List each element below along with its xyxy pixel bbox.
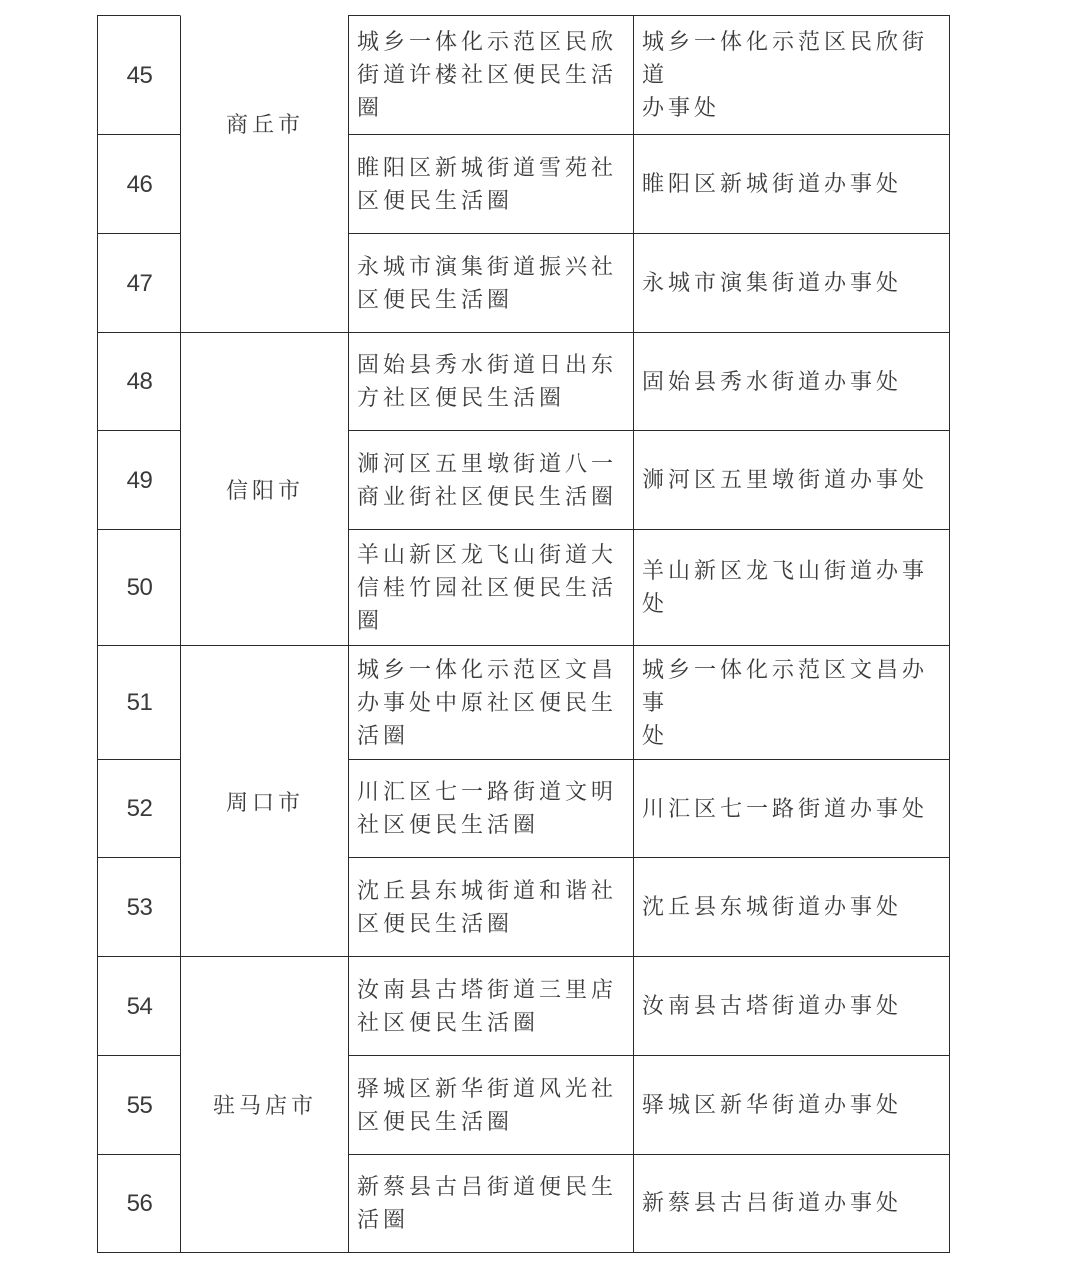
- cell-line: 睢阳区新城街道雪苑社: [357, 152, 617, 185]
- cell-line: 区便民生活圈: [357, 908, 617, 941]
- cell-line: 圈: [357, 92, 617, 125]
- cell-line: 新蔡县古吕街道办事处: [642, 1187, 902, 1220]
- cell-line: 处: [642, 720, 943, 753]
- cell-line: 浉河区五里墩街道办事处: [642, 464, 928, 497]
- row-number-cell: 54: [97, 956, 182, 1057]
- row-number-cell: 49: [97, 430, 182, 531]
- cell-line: 沈丘县东城街道办事处: [642, 891, 902, 924]
- row-number-cell: 52: [97, 759, 182, 859]
- cell-line: 驿城区新华街道风光社: [357, 1073, 617, 1106]
- street-office-cell: 羊山新区龙飞山街道办事处: [633, 529, 950, 647]
- cell-line: 办事处中原社区便民生: [357, 687, 617, 720]
- cell-line: 社区便民生活圈: [357, 1007, 617, 1040]
- cell-line: 街道许楼社区便民生活: [357, 59, 617, 92]
- cell-line: 城乡一体化示范区文昌: [357, 654, 617, 687]
- street-office-cell: 川汇区七一路街道办事处: [633, 759, 950, 859]
- street-office-cell: 城乡一体化示范区文昌办事处: [633, 645, 950, 761]
- cell-line: 商业街社区便民生活圈: [357, 481, 617, 514]
- cell-line: 方社区便民生活圈: [357, 382, 617, 415]
- cell-line: 信桂竹园社区便民生活: [357, 572, 617, 605]
- city-cell: 周口市: [180, 645, 350, 958]
- cell-line: 区便民生活圈: [357, 284, 617, 317]
- community-service-circle-table: 45 46 47 商丘市 城乡一体化示范区民欣街道许楼社区便民生活圈 城乡一体化…: [97, 15, 950, 1253]
- cell-line: 浉河区五里墩街道八一: [357, 448, 617, 481]
- cell-line: 新蔡县古吕街道便民生: [357, 1171, 617, 1204]
- city-cell: 信阳市: [180, 332, 350, 647]
- service-circle-cell: 永城市演集街道振兴社区便民生活圈: [348, 233, 635, 334]
- cell-line: 活圈: [357, 1204, 617, 1237]
- cell-line: 圈: [357, 605, 617, 638]
- cell-line: 羊山新区龙飞山街道大: [357, 539, 617, 572]
- row-number-cell: 45: [97, 15, 182, 136]
- cell-line: 固始县秀水街道办事处: [642, 366, 902, 399]
- row-number-cell: 55: [97, 1055, 182, 1156]
- street-office-cell: 固始县秀水街道办事处: [633, 332, 950, 432]
- service-circle-cell: 驿城区新华街道风光社区便民生活圈: [348, 1055, 635, 1156]
- street-office-cell: 永城市演集街道办事处: [633, 233, 950, 334]
- street-office-cell: 城乡一体化示范区民欣街道办事处: [633, 15, 950, 136]
- service-circle-cell: 沈丘县东城街道和谐社区便民生活圈: [348, 857, 635, 958]
- row-number-cell: 53: [97, 857, 182, 958]
- cell-line: 城乡一体化示范区民欣: [357, 26, 617, 59]
- cell-line: 区便民生活圈: [357, 1106, 617, 1139]
- cell-line: 城乡一体化示范区文昌办事: [642, 654, 943, 720]
- cell-line: 沈丘县东城街道和谐社: [357, 875, 617, 908]
- street-office-cell: 汝南县古塔街道办事处: [633, 956, 950, 1057]
- cell-line: 社区便民生活圈: [357, 809, 617, 842]
- cell-line: 汝南县古塔街道办事处: [642, 990, 902, 1023]
- city-cell: 驻马店市: [180, 956, 350, 1253]
- street-office-cell: 浉河区五里墩街道办事处: [633, 430, 950, 531]
- service-circle-cell: 城乡一体化示范区民欣街道许楼社区便民生活圈: [348, 15, 635, 136]
- service-circle-cell: 固始县秀水街道日出东方社区便民生活圈: [348, 332, 635, 432]
- service-circle-cell: 城乡一体化示范区文昌办事处中原社区便民生活圈: [348, 645, 635, 761]
- cell-line: 永城市演集街道办事处: [642, 267, 902, 300]
- cell-line: 汝南县古塔街道三里店: [357, 974, 617, 1007]
- row-number-cell: 56: [97, 1154, 182, 1253]
- cell-line: 羊山新区龙飞山街道办事处: [642, 555, 943, 621]
- row-number-cell: 51: [97, 645, 182, 761]
- row-number-cell: 50: [97, 529, 182, 647]
- cell-line: 永城市演集街道振兴社: [357, 251, 617, 284]
- cell-line: 城乡一体化示范区民欣街道: [642, 26, 943, 92]
- cell-line: 办事处: [642, 92, 943, 125]
- service-circle-cell: 川汇区七一路街道文明社区便民生活圈: [348, 759, 635, 859]
- cell-line: 川汇区七一路街道文明: [357, 776, 617, 809]
- row-number-cell: 47: [97, 233, 182, 334]
- street-office-cell: 沈丘县东城街道办事处: [633, 857, 950, 958]
- service-circle-cell: 新蔡县古吕街道便民生活圈: [348, 1154, 635, 1253]
- city-cell: 商丘市: [180, 15, 350, 334]
- cell-line: 区便民生活圈: [357, 185, 617, 218]
- cell-line: 驿城区新华街道办事处: [642, 1089, 902, 1122]
- street-office-cell: 睢阳区新城街道办事处: [633, 134, 950, 235]
- row-number-cell: 48: [97, 332, 182, 432]
- service-circle-cell: 羊山新区龙飞山街道大信桂竹园社区便民生活圈: [348, 529, 635, 647]
- street-office-cell: 驿城区新华街道办事处: [633, 1055, 950, 1156]
- row-number-cell: 46: [97, 134, 182, 235]
- service-circle-cell: 浉河区五里墩街道八一商业街社区便民生活圈: [348, 430, 635, 531]
- cell-line: 固始县秀水街道日出东: [357, 349, 617, 382]
- service-circle-cell: 睢阳区新城街道雪苑社区便民生活圈: [348, 134, 635, 235]
- service-circle-cell: 汝南县古塔街道三里店社区便民生活圈: [348, 956, 635, 1057]
- cell-line: 睢阳区新城街道办事处: [642, 168, 902, 201]
- cell-line: 川汇区七一路街道办事处: [642, 793, 928, 826]
- cell-line: 活圈: [357, 720, 617, 753]
- street-office-cell: 新蔡县古吕街道办事处: [633, 1154, 950, 1253]
